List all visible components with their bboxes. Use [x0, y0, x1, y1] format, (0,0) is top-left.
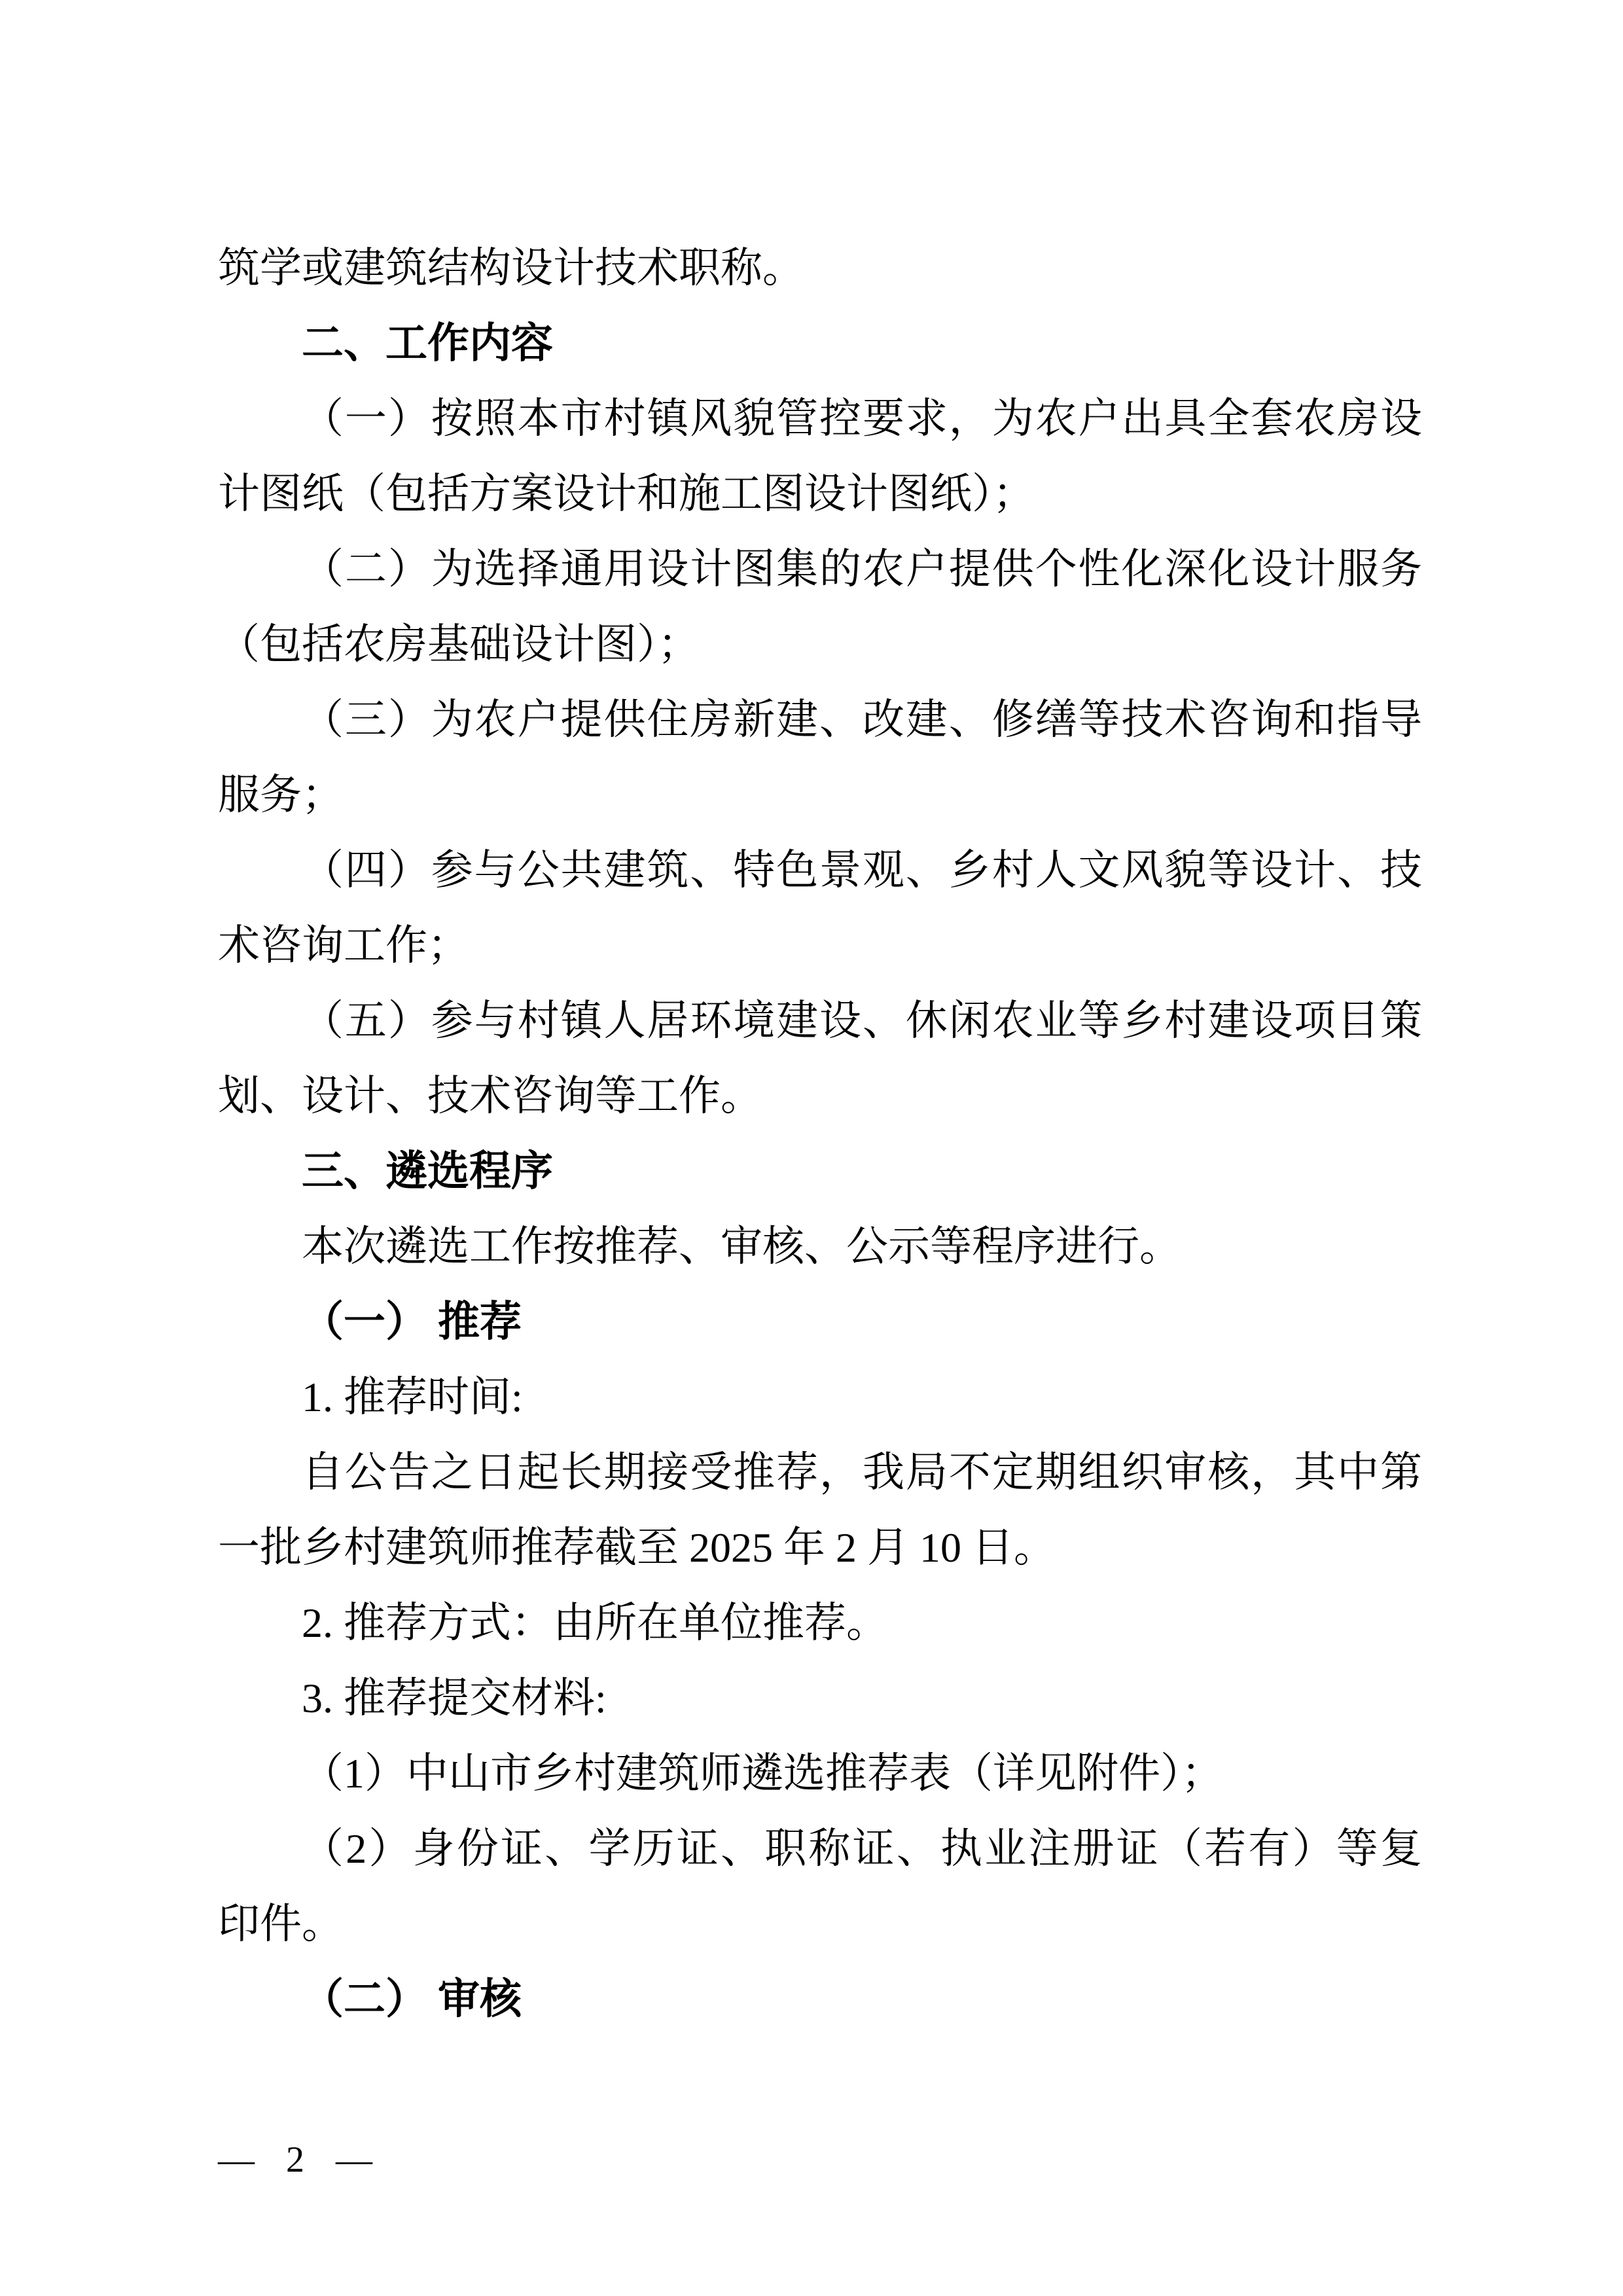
body-text-line: 1. 推荐时间:: [218, 1359, 1422, 1435]
body-text-line: （包括农房基础设计图）；: [218, 607, 1422, 682]
body-text-line: 一批乡村建筑师推荐截至 2025 年 2 月 10 日。: [218, 1510, 1422, 1585]
body-text-line: 2. 推荐方式：由所在单位推荐。: [218, 1585, 1422, 1660]
subsection-heading-recommendation: （一） 推荐: [218, 1284, 1422, 1359]
subsection-heading-review: （二） 审核: [218, 1962, 1422, 2037]
body-text-line: （二）为选择通用设计图集的农户提供个性化深化设计服务: [218, 531, 1422, 607]
body-text-line: 服务；: [218, 757, 1422, 833]
body-text-line: 术咨询工作；: [218, 908, 1422, 983]
body-text-line: （三）为农户提供住房新建、改建、修缮等技术咨询和指导: [218, 682, 1422, 757]
body-text-line: 印件。: [218, 1886, 1422, 1962]
body-text-line: 计图纸（包括方案设计和施工图设计图纸）；: [218, 456, 1422, 531]
body-text-line: 自公告之日起长期接受推荐，我局不定期组织审核，其中第: [218, 1435, 1422, 1510]
body-text-line: （五）参与村镇人居环境建设、休闲农业等乡村建设项目策: [218, 983, 1422, 1058]
body-text-line: （一）按照本市村镇风貌管控要求，为农户出具全套农房设: [218, 381, 1422, 456]
document-text-block: 筑学或建筑结构设计技术职称。 二、工作内容 （一）按照本市村镇风貌管控要求，为农…: [218, 230, 1422, 2037]
body-text-line: （四）参与公共建筑、特色景观、乡村人文风貌等设计、技: [218, 833, 1422, 908]
page-number: — 2 —: [218, 2142, 380, 2178]
body-text-line: 本次遴选工作按推荐、审核、公示等程序进行。: [218, 1209, 1422, 1284]
section-heading-work-content: 二、工作内容: [218, 306, 1422, 381]
body-text-line: （1）中山市乡村建筑师遴选推荐表（详见附件）；: [218, 1736, 1422, 1811]
section-heading-selection-procedure: 三、遴选程序: [218, 1134, 1422, 1209]
document-page: 筑学或建筑结构设计技术职称。 二、工作内容 （一）按照本市村镇风貌管控要求，为农…: [0, 0, 1623, 2296]
body-text-line: 划、设计、技术咨询等工作。: [218, 1058, 1422, 1134]
body-text-line: 3. 推荐提交材料:: [218, 1660, 1422, 1736]
body-text-line: 筑学或建筑结构设计技术职称。: [218, 230, 1422, 306]
body-text-line: （2）身份证、学历证、职称证、执业注册证（若有）等复: [218, 1811, 1422, 1886]
